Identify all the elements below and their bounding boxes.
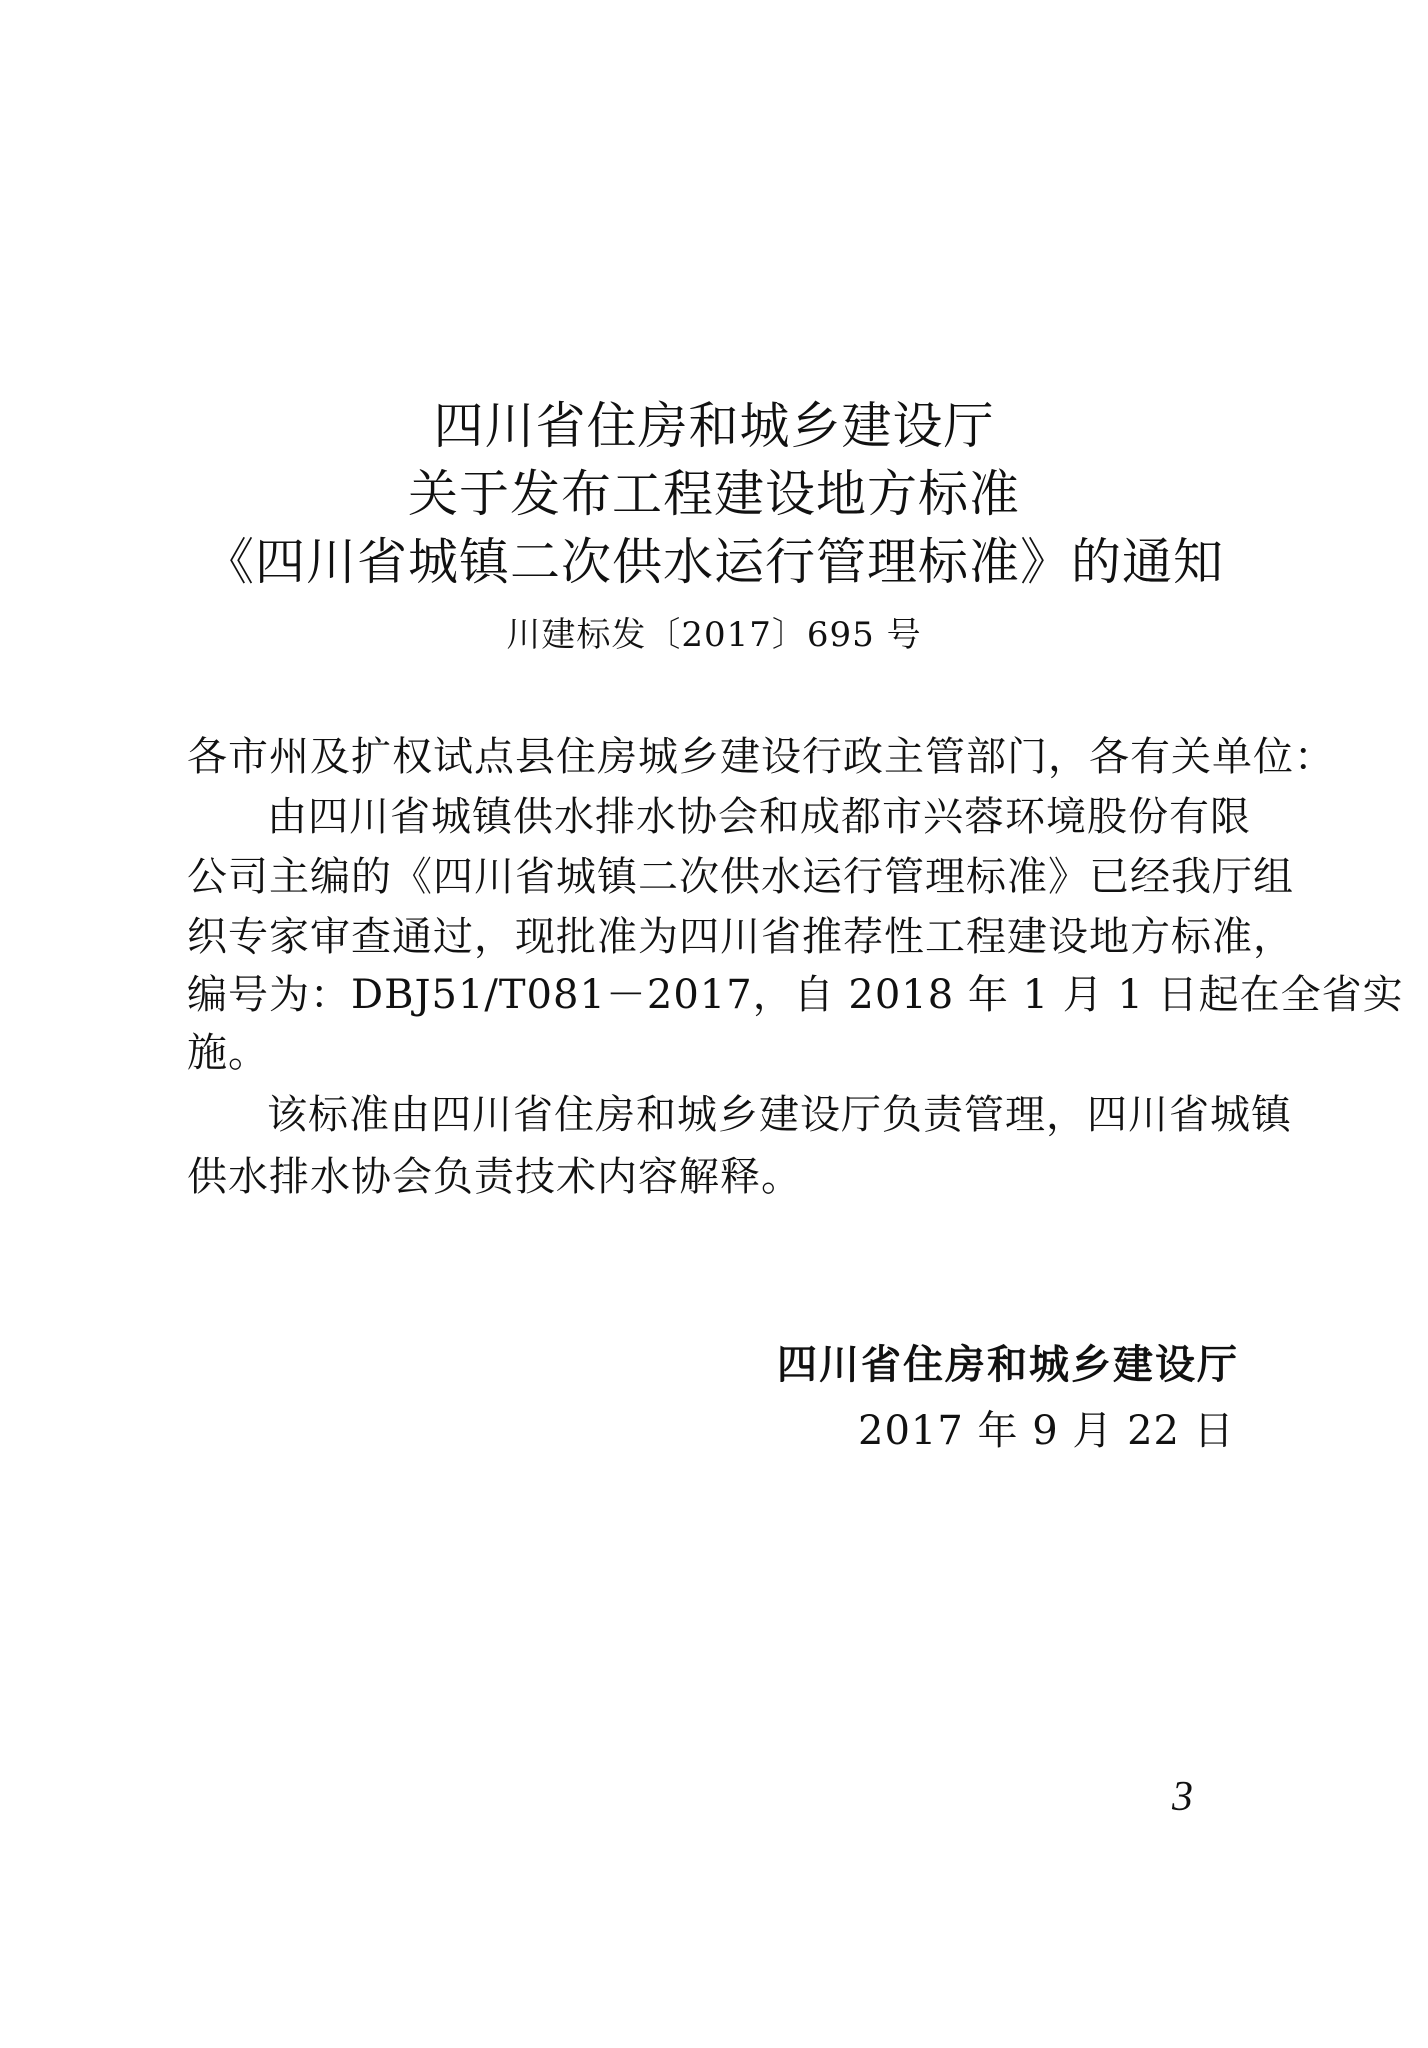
page-number: 3 bbox=[1172, 1772, 1193, 1822]
paragraph-1-line-5: 施。 bbox=[187, 1023, 1253, 1083]
paragraph-1-line-3: 织专家审查通过，现批准为四川省推荐性工程建设地方标准， bbox=[187, 907, 1253, 967]
paragraph-2-line-2: 供水排水协会负责技术内容解释。 bbox=[187, 1147, 1253, 1207]
issuer-signature: 四川省住房和城乡建设厅 bbox=[777, 1335, 1239, 1395]
document-page: 四川省住房和城乡建设厅 关于发布工程建设地方标准 《四川省城镇二次供水运行管理标… bbox=[0, 0, 1428, 2048]
paragraph-2-line-1: 该标准由四川省住房和城乡建设厅负责管理，四川省城镇 bbox=[187, 1085, 1333, 1145]
title-line-3: 《四川省城镇二次供水运行管理标准》的通知 bbox=[0, 532, 1428, 592]
title-line-1: 四川省住房和城乡建设厅 bbox=[0, 396, 1428, 456]
title-line-2: 关于发布工程建设地方标准 bbox=[0, 464, 1428, 524]
paragraph-1-line-1: 由四川省城镇供水排水协会和成都市兴蓉环境股份有限 bbox=[187, 787, 1333, 847]
salutation-line: 各市州及扩权试点县住房城乡建设行政主管部门，各有关单位： bbox=[187, 727, 1253, 787]
paragraph-1-line-4: 编号为：DBJ51/T081－2017，自 2018 年 1 月 1 日起在全省… bbox=[187, 965, 1253, 1025]
issue-date: 2017 年 9 月 22 日 bbox=[858, 1401, 1235, 1461]
document-number: 川建标发〔2017〕695 号 bbox=[0, 613, 1428, 657]
paragraph-1-line-2: 公司主编的《四川省城镇二次供水运行管理标准》已经我厅组 bbox=[187, 847, 1253, 907]
